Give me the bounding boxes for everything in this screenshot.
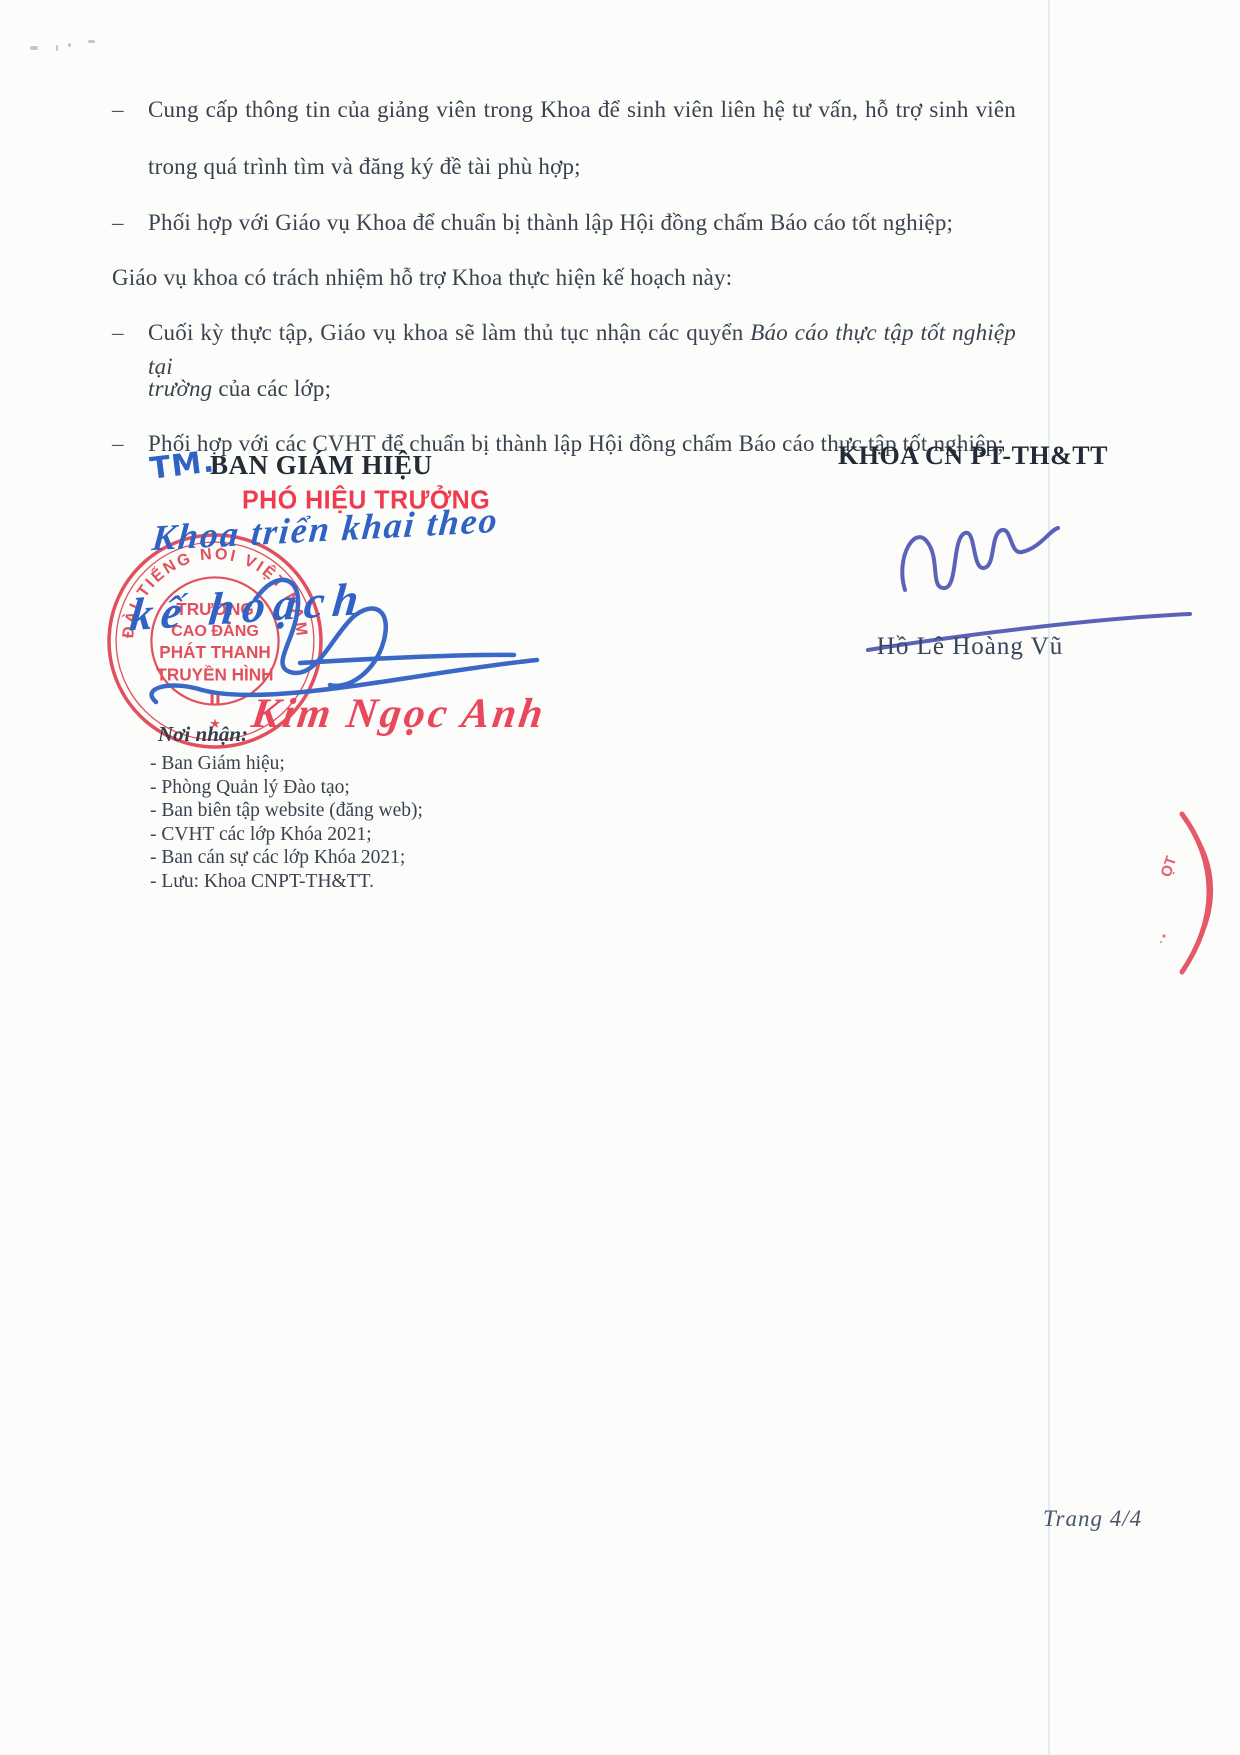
left-signature-title: BAN GIÁM HIỆU [210,450,433,481]
partial-stamp-arc: ỌT [1148,808,1240,978]
scan-speckle [56,45,58,51]
partial-stamp-letters: ỌT [1158,854,1181,879]
bullet-line-italic: trường [148,376,212,401]
bullet-dash: – [112,93,148,127]
partial-stamp-dot [1160,941,1162,943]
bullet-item: – Cung cấp thông tin của giảng viên tron… [112,93,1016,127]
recipient-item: - Lưu: Khoa CNPT-TH&TT. [150,870,423,894]
recipients-list: - Ban Giám hiệu; - Phòng Quản lý Đào tạo… [150,752,423,893]
bullet-dash: – [112,316,148,350]
tm-handwritten-label: TM. [148,444,217,487]
bullet-continuation: trong quá trình tìm và đăng ký đề tài ph… [148,150,1016,184]
bullet-item: – Phối hợp với Giáo vụ Khoa để chuẩn bị … [112,206,1016,240]
bullet-dash: – [112,427,148,461]
signature-loop-stroke [255,580,386,686]
scan-speckle [88,40,95,43]
right-signature-title: KHOA CN PT-TH&TT [828,441,1118,471]
scan-fold-line [1048,0,1050,1755]
bullet-line-normal: Cuối kỳ thực tập, Giáo vụ khoa sẽ làm th… [148,320,750,345]
recipient-item: - Ban cán sự các lớp Khóa 2021; [150,846,423,870]
bullet-line: Phối hợp với Giáo vụ Khoa để chuẩn bị th… [148,206,1016,240]
page-number: Trang 4/4 [1043,1506,1142,1532]
recipient-item: - Phòng Quản lý Đào tạo; [150,776,423,800]
recipient-item: - CVHT các lớp Khóa 2021; [150,823,423,847]
partial-stamp-dot [1162,934,1165,937]
recipient-item: - Ban biên tập website (đăng web); [150,799,423,823]
signature-loop-stroke [902,528,1058,590]
bullet-line-normal: của các lớp; [212,376,331,401]
left-signer-script-name: Kim Ngọc Anh [249,690,549,738]
scan-speckle [68,43,71,47]
recipient-item: - Ban Giám hiệu; [150,752,423,776]
bullet-continuation: trường của các lớp; [148,372,1016,406]
right-signer-name: Hồ Lê Hoàng Vũ [850,633,1090,661]
recipients-heading: Nơi nhận: [158,722,248,747]
signature-tail-stroke [300,655,514,663]
bullet-line: Cung cấp thông tin của giảng viên trong … [148,93,1016,127]
bullet-dash: – [112,206,148,240]
paragraph: Giáo vụ khoa có trách nhiệm hỗ trợ Khoa … [112,261,1016,295]
document-page: – Cung cấp thông tin của giảng viên tron… [0,0,1240,1755]
scan-speckle [30,46,38,50]
